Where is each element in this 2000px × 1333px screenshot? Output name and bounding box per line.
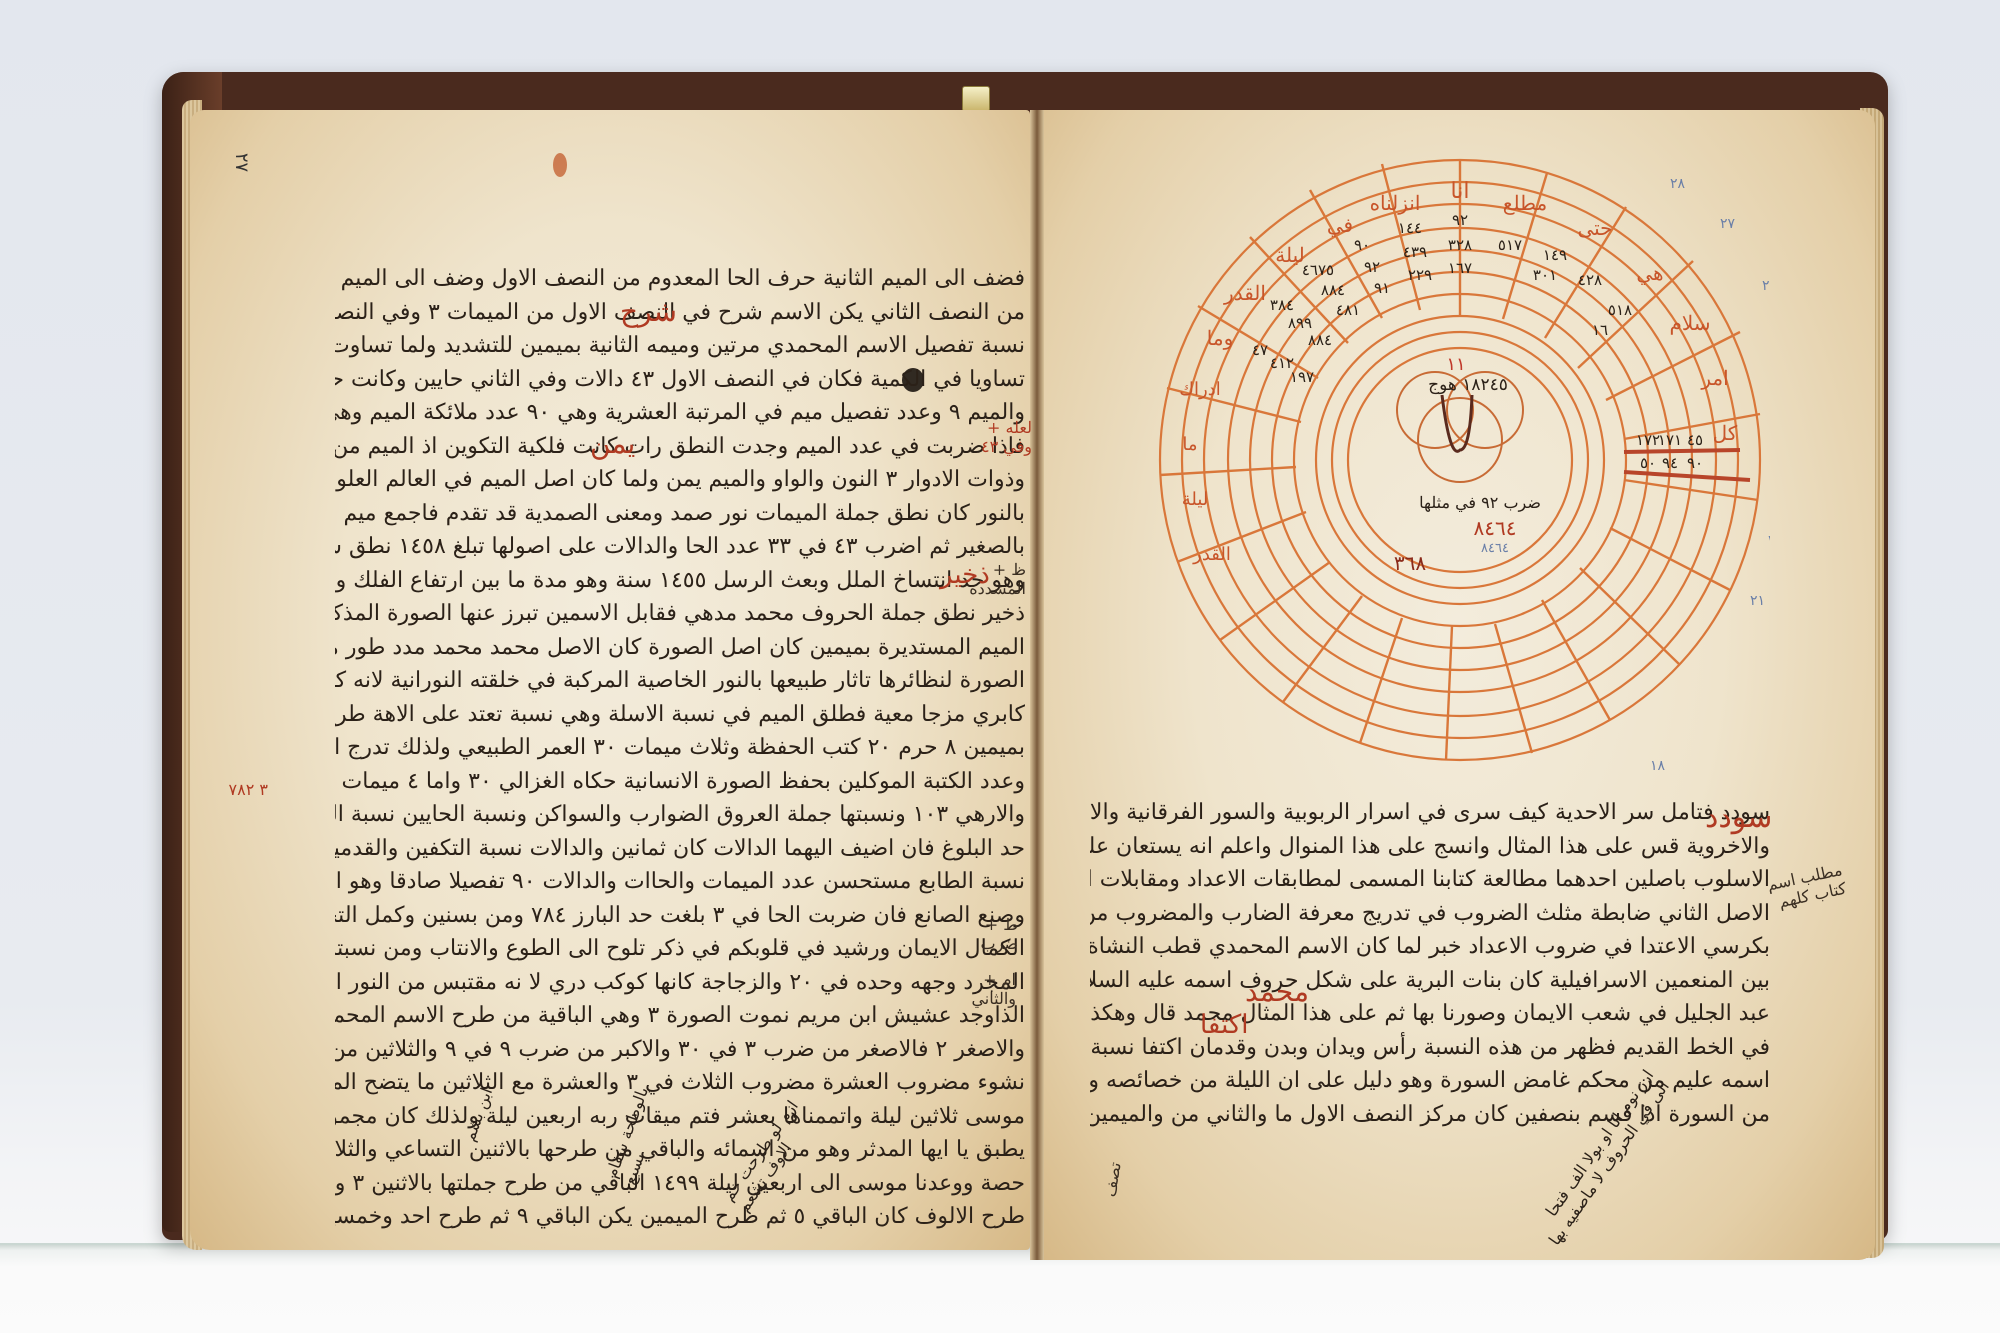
diagram-label: حتى	[1577, 216, 1612, 240]
circular-magic-square-diagram: انا انزلناه في ليلة القدر وما ادراك ما ل…	[1150, 150, 1770, 770]
center-lower-value: ٣٦٨	[1394, 551, 1426, 575]
diagram-cell: ٣٠١	[1533, 266, 1557, 284]
text-line: نسبة الطابع مستحسن عدد الميمات والحاات و…	[335, 865, 1025, 899]
diagram-cell: ٨٩٩	[1288, 314, 1312, 332]
diagram-cell: ٩٤	[1662, 454, 1678, 472]
center-top-number: ١١	[1446, 354, 1465, 375]
text-line: بالصغير ثم اضرب ٤٣ في ٣٣ عدد الحا والدال…	[335, 530, 1025, 564]
diagram-cell: ٤٢٨	[1578, 271, 1602, 289]
diagram-cell: ٥٠	[1640, 454, 1656, 472]
diagram-cell: ٩٢	[1364, 258, 1380, 276]
text-line: حد البلوغ فان اضيف اليهما الدالات كان ثم…	[335, 832, 1025, 866]
text-line: والارهي ١٠٣ ونسبتها جملة العروق الضوارب …	[335, 798, 1025, 832]
text-line: فاذا ضربت في عدد الميم وجدت النطق رات كا…	[335, 430, 1025, 464]
diagram-cell: ٩٠	[1354, 236, 1370, 254]
pencil-number: ٢٦	[1762, 278, 1770, 294]
book-gutter	[1030, 110, 1044, 1260]
diagram-cell: ١٩٧	[1290, 368, 1314, 386]
text-line: من النصف الثاني يكن الاسم شرح في النصف ا…	[335, 296, 1025, 330]
diagram-cell: ٩٢	[1452, 211, 1468, 229]
text-line: الميم المستديرة بميمين كان اصل الصورة كا…	[335, 631, 1025, 665]
diagram-label: وما	[1207, 326, 1233, 350]
diagram-cell: ١٧٢	[1636, 431, 1660, 449]
margin-note: لعله + وفي ٤٣	[972, 418, 1032, 456]
diagram-cell: ٤٥	[1687, 431, 1703, 449]
pencil-number: ٢٨	[1670, 176, 1686, 192]
brass-clasp	[962, 86, 990, 112]
text-line: الاصل الثاني ضابطة مثلث الضروب في تدريج …	[1090, 897, 1770, 931]
text-line: موسى ثلاثين ليلة واتممناها بعشر فتم ميقا…	[335, 1100, 1025, 1134]
text-line: الذاوجد عشيش ابن مريم نموت الصورة ٣ وهي …	[335, 999, 1025, 1033]
text-line: نسبة تفصيل الاسم المحمدي مرتين وميمه الث…	[335, 329, 1025, 363]
text-line: حصة ووعدنا موسى الى اربعين ليلة ١٤٩٩ الب…	[335, 1167, 1025, 1201]
diagram-label: ادراك	[1179, 379, 1221, 400]
text-line: وصنع الصانع فان ضربت الحا في ٣ بلغت حد ا…	[335, 899, 1025, 933]
pencil-number: ١٨	[1650, 758, 1666, 770]
text-line: عبد الجليل في شعب الايمان وصورنا بها ثم …	[1090, 997, 1770, 1031]
margin-note: ظ + المشددة	[966, 560, 1026, 598]
diagram-label: كل	[1713, 421, 1738, 445]
diagram-label: في	[1327, 213, 1353, 237]
left-page-text: فضف الى الميم الثانية حرف الحا المعدوم م…	[335, 262, 1025, 1234]
diagram-label: القدر	[1192, 544, 1231, 565]
diagram-label: سلام	[1669, 311, 1710, 335]
text-line: والاخروية قس على هذا المثال وانسج على هذ…	[1090, 830, 1770, 864]
text-line: الكمال الايمان ورشيد في قلوبكم في ذكر تل…	[335, 932, 1025, 966]
margin-note: ام + والثاني	[966, 970, 1016, 1008]
diagram-label: امر	[1700, 366, 1728, 390]
diagram-cell: ٥١٨	[1608, 301, 1632, 319]
diagram-label: ليلة	[1275, 243, 1304, 267]
text-line: والاصغر ٢ فالاصغر من ضرب ٣ في ٣٠ والاكبر…	[335, 1033, 1025, 1067]
center-product-label: ضرب ٩٢ في مثلها	[1419, 493, 1541, 512]
diagram-cell: ٩٠	[1687, 454, 1703, 472]
text-line: في الخط القديم فظهر من هذه النسبة رأس وي…	[1090, 1031, 1770, 1065]
text-line: من السورة اذا قسم بنصفين كان مركز النصف …	[1090, 1098, 1770, 1132]
red-ink-stain	[553, 153, 567, 177]
center-pencil-value: ٨٤٦٤	[1481, 541, 1509, 556]
diagram-label: ليلة	[1182, 489, 1209, 510]
diagram-cell: ٣٢٨	[1448, 236, 1472, 254]
folio-number: ٢٧	[231, 153, 252, 172]
margin-note: ط + ضرب	[968, 915, 1018, 953]
text-line: بكرسي الاعتدا في ضروب الاعداد خبر لما كا…	[1090, 930, 1770, 964]
diagram-cell: ١٦٧	[1448, 259, 1472, 277]
text-line: بميمين ٨ حرم ٢٠ كتب الحفظة وثلاث ميمات ٣…	[335, 731, 1025, 765]
text-line: وذوات الادوار ٣ النون والواو والميم يمن …	[335, 463, 1025, 497]
text-line: كابري مزجا معية فطلق الميم في نسبة الاسل…	[335, 698, 1025, 732]
text-line: المجرد وجهه وحده في ٢٠ والزجاجة كانها كو…	[335, 966, 1025, 1000]
diagram-label: انا	[1451, 179, 1470, 204]
diagram-label: ما	[1182, 434, 1197, 455]
diagram-cell: ١٤٩	[1543, 246, 1567, 264]
text-line: وعدد الكتبة الموكلين بحفظ الصورة الانسان…	[335, 765, 1025, 799]
text-line: الصورة لنظائرها تاثار طبيعها بالنور الخا…	[335, 664, 1025, 698]
text-line: بين المنعمين الاسرافيلية كان بنات البرية…	[1090, 964, 1770, 998]
diagram-cell: ١٧١	[1658, 431, 1682, 449]
text-line: طرح الالوف كان الباقي ٥ ثم طرح الميمين ي…	[335, 1200, 1025, 1234]
rubric-word: اكتفا	[1200, 1010, 1249, 1040]
rubric-word: سودد	[1705, 800, 1772, 835]
diagram-label: انزلناه	[1370, 191, 1421, 215]
diagram-cell: ٨٨٤	[1308, 331, 1332, 349]
text-line: تساويا في الكمية فكان في النصف الاول ٤٣ …	[335, 363, 1025, 397]
text-line: وهو حد انتساخ الملل وبعث الرسل ١٤٥٥ سنة …	[335, 564, 1025, 598]
text-line: الاسلوب باصلين احدهما مطالعة كتابنا المس…	[1090, 863, 1770, 897]
diagram-cell: ٣٨٤	[1270, 296, 1294, 314]
center-product-value: ٨٤٦٤	[1474, 516, 1517, 540]
text-line: سودد فتامل سر الاحدية كيف سرى في اسرار ا…	[1090, 796, 1770, 830]
diagram-cell: ٤٣٩	[1403, 243, 1427, 261]
rubric-word: يمن	[590, 427, 635, 460]
text-line: يطبق يا ايها المدثر وهو من اسمائه والباق…	[335, 1133, 1025, 1167]
diagram-cell: ١٤٤	[1398, 219, 1422, 237]
rubric-word: شرح	[620, 295, 677, 328]
right-page-text: سودد فتامل سر الاحدية كيف سرى في اسرار ا…	[1090, 796, 1770, 1131]
diagram-cell: ٩١	[1374, 279, 1390, 297]
diagram-label: القدر	[1223, 281, 1266, 305]
rubric-word: محمد	[1245, 975, 1309, 1008]
margin-note: ٣ ٧٨٢	[228, 780, 268, 799]
diagram-cell: ٥١٧	[1498, 236, 1522, 254]
diagram-label: هي	[1636, 261, 1663, 285]
diagram-cell: ٤٦٧٥	[1302, 261, 1334, 279]
text-line: نشوء مضروب العشرة مضروب الثلاث في ٣ والع…	[335, 1066, 1025, 1100]
pencil-number: ٢٧	[1720, 216, 1736, 232]
diagram-label: مطلع	[1503, 191, 1547, 215]
diagram-cell: ١٦	[1592, 321, 1608, 339]
center-number-line: ١٨٢٤٥ هوج	[1428, 375, 1508, 395]
text-line: والميم ٩ وعدد تفصيل ميم في المرتبة العشر…	[335, 396, 1025, 430]
pencil-number: ٢٢	[1768, 533, 1770, 549]
diagram-cell: ٨٨٤	[1321, 281, 1345, 299]
diagram-cell: ٢٢٩	[1408, 266, 1432, 284]
pencil-number: ٢١	[1750, 593, 1765, 609]
text-line: فضف الى الميم الثانية حرف الحا المعدوم م…	[335, 262, 1025, 296]
diagram-cell: ٤٨١	[1336, 301, 1360, 319]
text-line: بالنور كان نطق جملة الميمات نور صمد ومعن…	[335, 497, 1025, 531]
text-line: ذخير نطق جملة الحروف محمد مدهي فقابل الا…	[335, 597, 1025, 631]
diagram-cell: ٤٧	[1252, 341, 1268, 359]
